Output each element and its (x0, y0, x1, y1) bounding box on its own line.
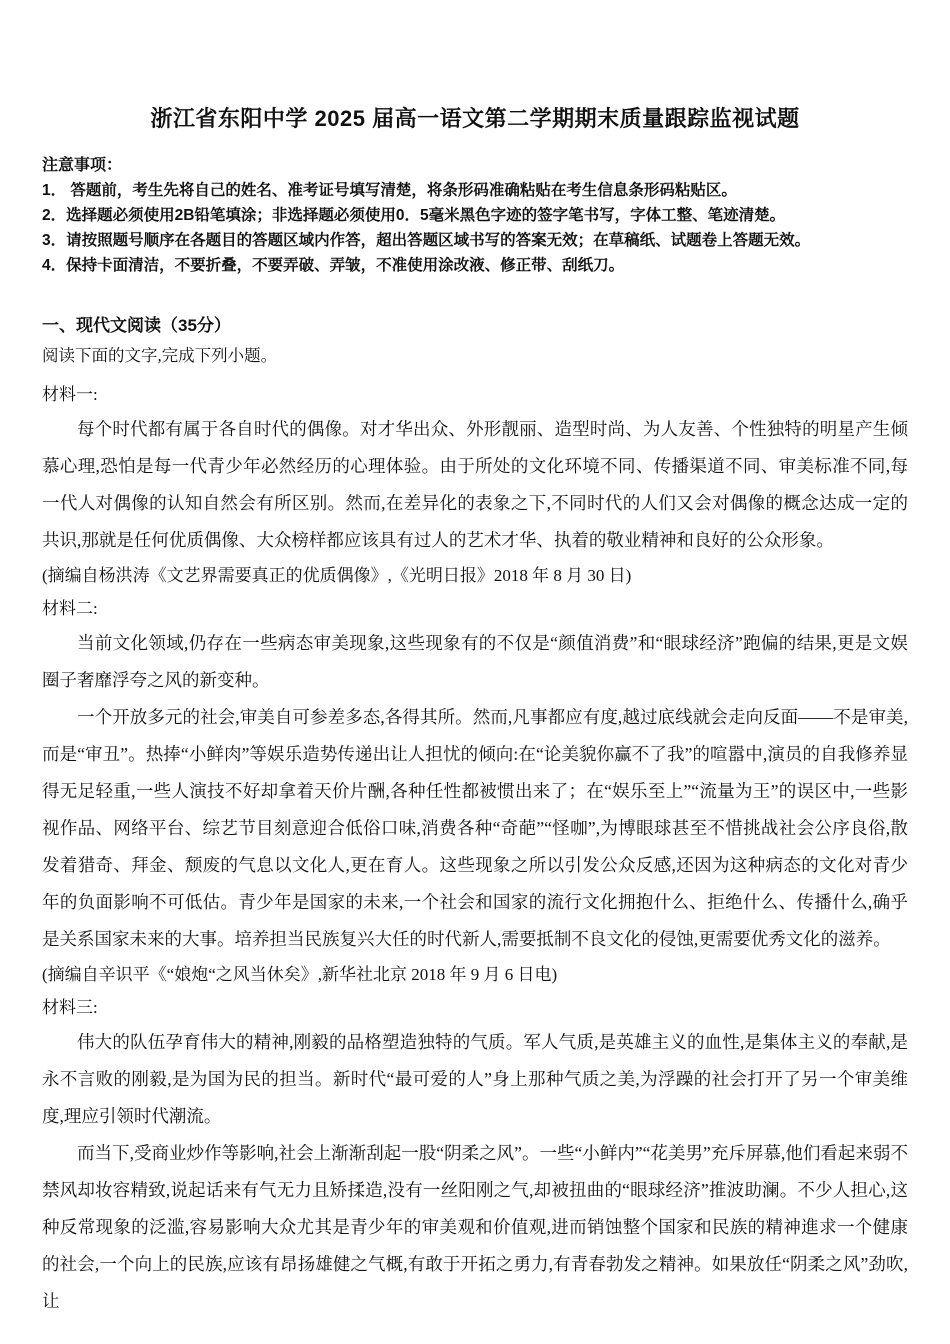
material-3-label: 材料三: (42, 991, 908, 1024)
notice-heading: 注意事项： (42, 154, 908, 178)
material-3-paragraph-2: 而当下,受商业炒作等影响,社会上渐渐刮起一股“阴柔之风”。一些“小鲜内”“花美男… (42, 1135, 908, 1320)
notice-item-4: 4．保持卡面清洁，不要折叠，不要弄破、弄皱，不准使用涂改液、修正带、刮纸刀。 (42, 253, 908, 278)
material-3-paragraph-1: 伟大的队伍孕育伟大的精神,刚毅的品格塑造独特的气质。军人气质,是英雄主义的血性,… (42, 1024, 908, 1135)
material-1-attribution: (摘编自杨洪涛《文艺界需要真正的优质偶像》,《光明日报》2018 年 8 月 3… (42, 559, 908, 592)
notice-item-1: 1． 答题前，考生先将自己的姓名、准考证号填写清楚，将条形码准确粘贴在考生信息条… (42, 178, 908, 203)
material-1-label: 材料一: (42, 378, 908, 411)
material-2-paragraph-2: 一个开放多元的社会,审美自可参差多态,各得其所。然而,凡事都应有度,越过底线就会… (42, 699, 908, 958)
notice-item-2: 2．选择题必须使用2B铅笔填涂；非选择题必须使用0．5毫米黑色字迹的签字笔书写，… (42, 203, 908, 228)
material-3: 材料三: 伟大的队伍孕育伟大的精神,刚毅的品格塑造独特的气质。军人气质,是英雄主… (42, 991, 908, 1320)
page-title: 浙江省东阳中学 2025 届高一语文第二学期期末质量跟踪监视试题 (42, 104, 908, 134)
notice-item-3: 3．请按照题号顺序在各题目的答题区域内作答，超出答题区域书写的答案无效；在草稿纸… (42, 228, 908, 253)
exam-paper-page: 浙江省东阳中学 2025 届高一语文第二学期期末质量跟踪监视试题 注意事项： 1… (0, 0, 950, 1344)
material-2-paragraph-1: 当前文化领域,仍存在一些病态审美现象,这些现象有的不仅是“颜值消费”和“眼球经济… (42, 625, 908, 699)
material-1-paragraph-1: 每个时代都有属于各自时代的偶像。对才华出众、外形靓丽、造型时尚、为人友善、个性独… (42, 411, 908, 559)
material-2-attribution: (摘编自辛识平《“娘炮“之风当休矣》,新华社北京 2018 年 9 月 6 日电… (42, 958, 908, 991)
reading-instruction: 阅读下面的文字,完成下列小题。 (42, 344, 908, 368)
material-1: 材料一: 每个时代都有属于各自时代的偶像。对才华出众、外形靓丽、造型时尚、为人友… (42, 378, 908, 592)
materials-block: 材料一: 每个时代都有属于各自时代的偶像。对才华出众、外形靓丽、造型时尚、为人友… (42, 378, 908, 1320)
notice-section: 注意事项： 1． 答题前，考生先将自己的姓名、准考证号填写清楚，将条形码准确粘贴… (42, 154, 908, 278)
material-2: 材料二: 当前文化领域,仍存在一些病态审美现象,这些现象有的不仅是“颜值消费”和… (42, 592, 908, 991)
section-heading-modern-reading: 一、现代文阅读（35分） (42, 314, 908, 338)
material-2-label: 材料二: (42, 592, 908, 625)
